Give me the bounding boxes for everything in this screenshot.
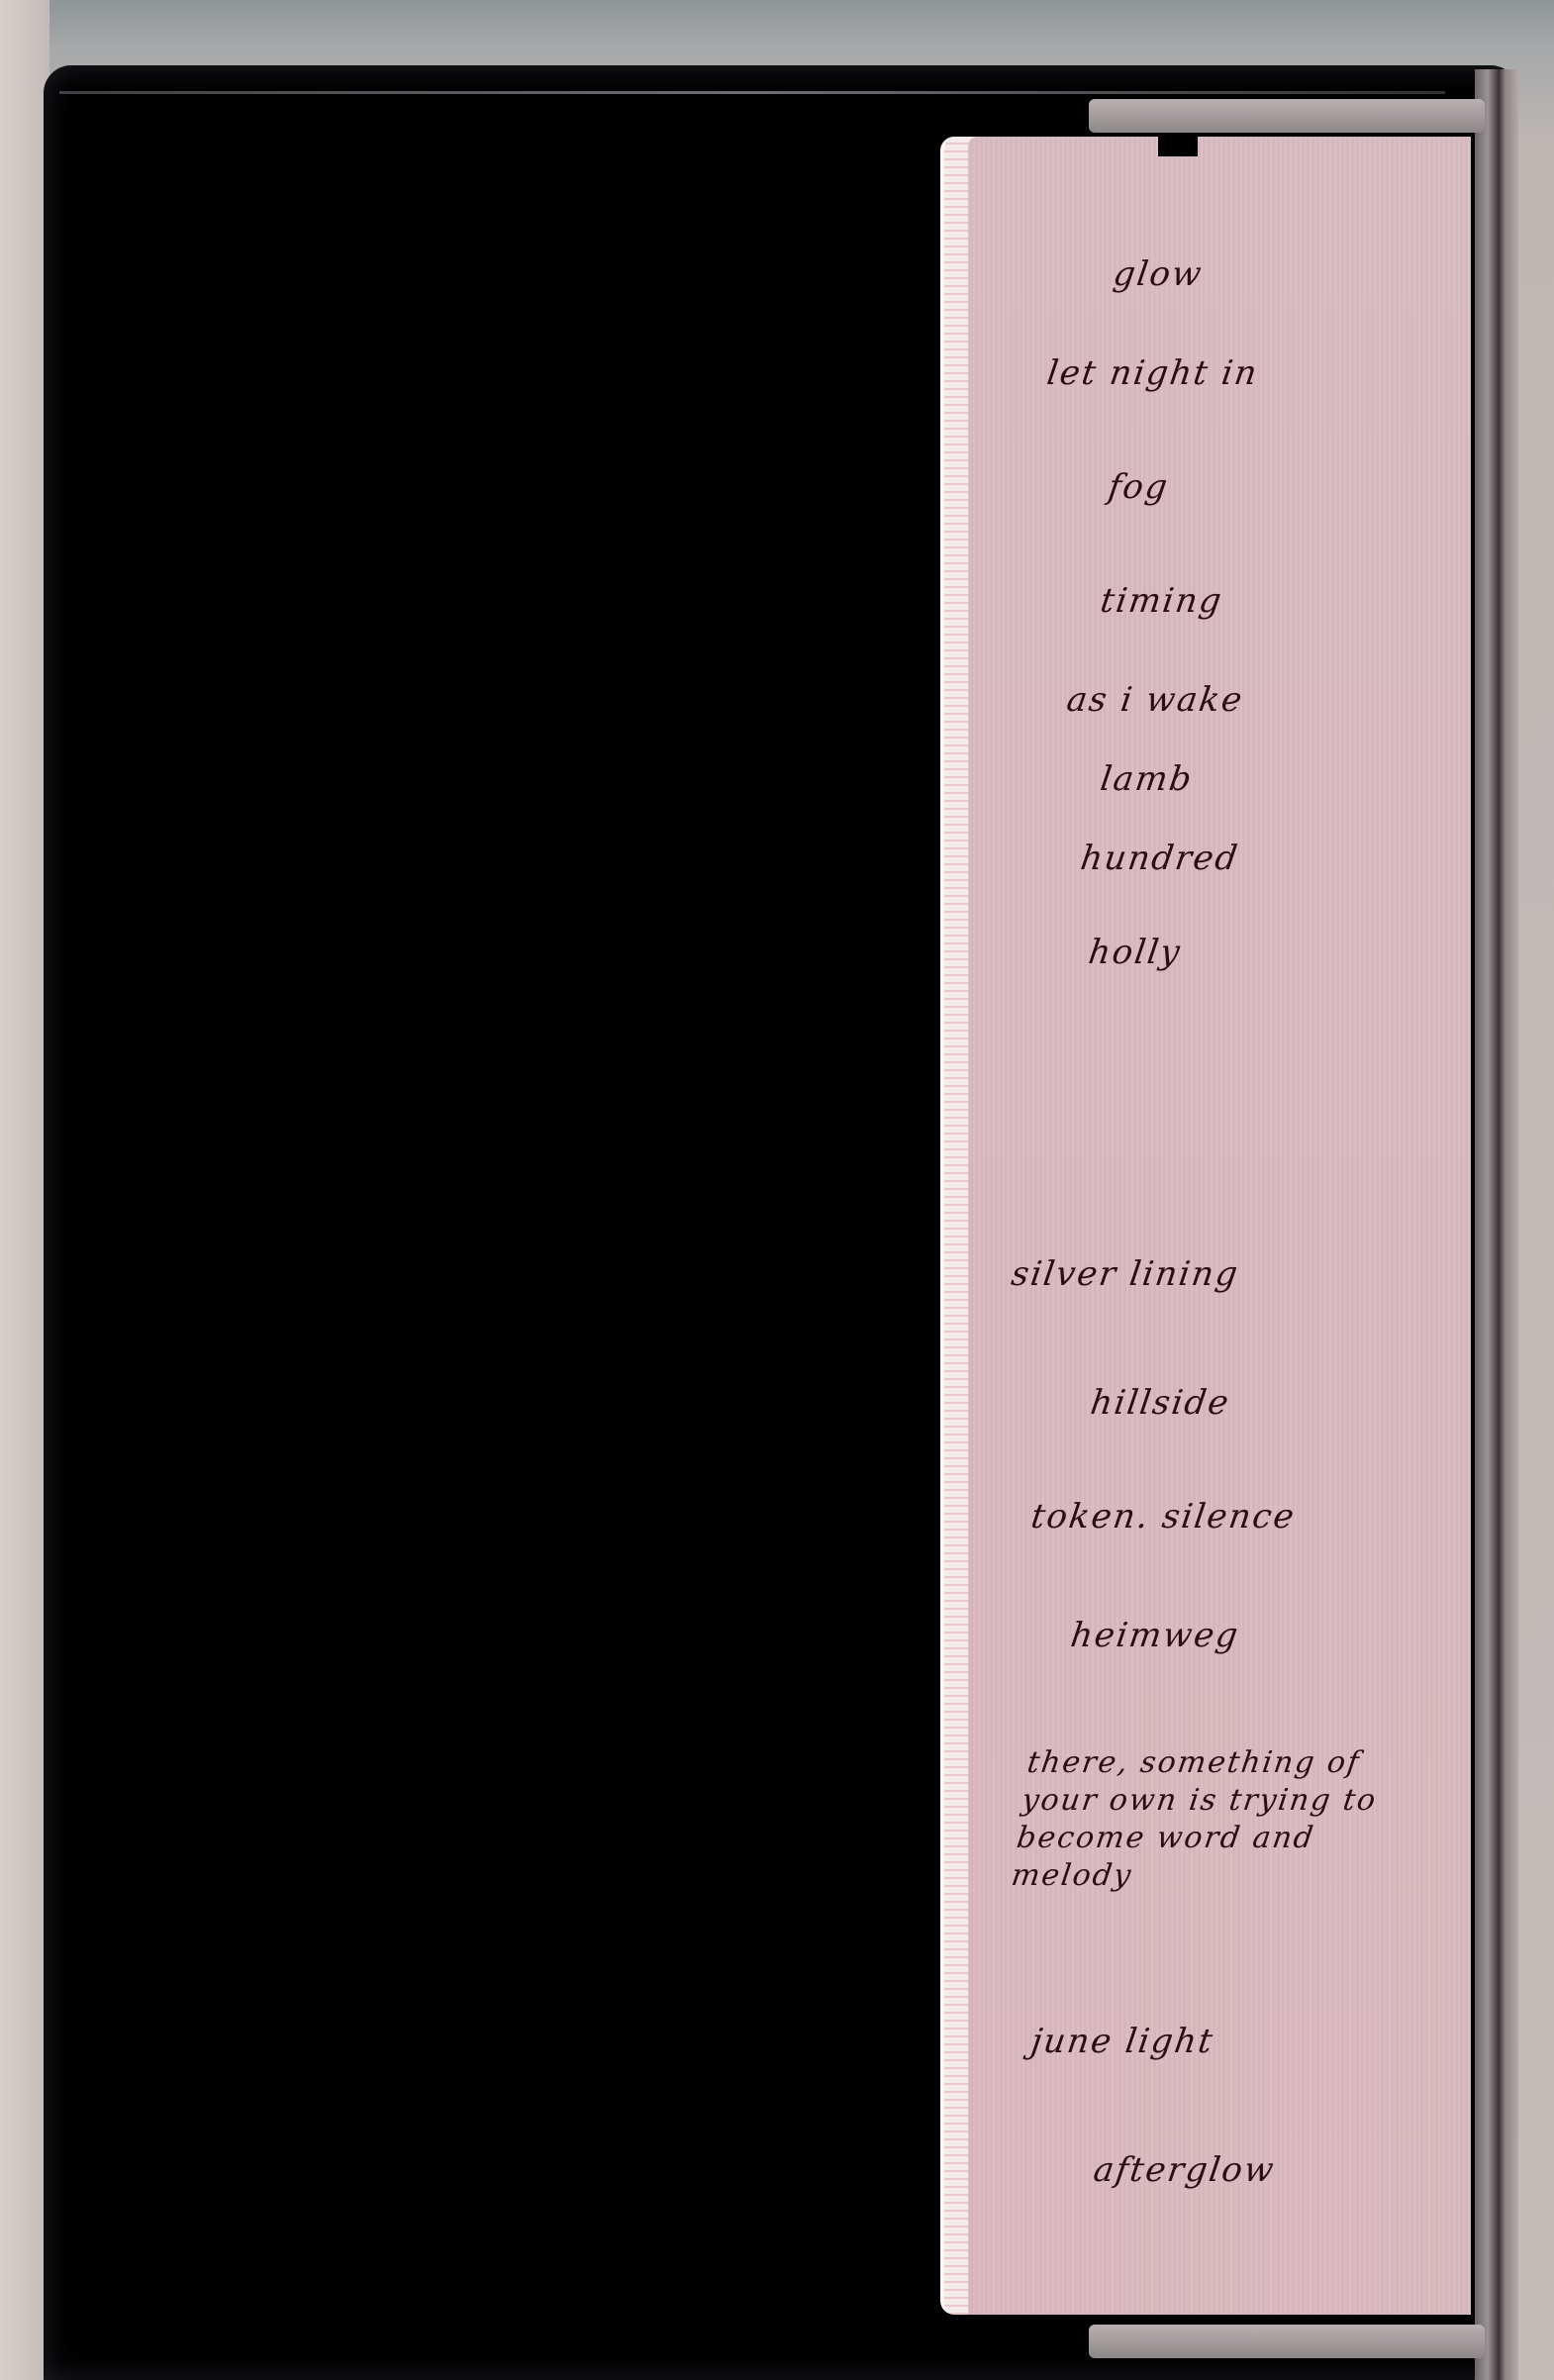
track-1: glow [1111, 252, 1206, 296]
track-2: let night in [1044, 351, 1261, 395]
jcard-notch [1158, 137, 1198, 156]
track-11: token. silence [1028, 1495, 1299, 1538]
track-3: fog [1106, 465, 1172, 509]
case-hinge-rail [1475, 69, 1518, 2380]
case-top-glint [59, 91, 1445, 94]
case-clip-top [1089, 99, 1485, 133]
track-15: afterglow [1091, 2148, 1278, 2192]
track-12: heimweg [1068, 1614, 1242, 1657]
jcard-spine [968, 137, 1471, 2315]
track-13: there, something of your own is trying t… [1009, 1744, 1425, 1895]
case-clip-bottom [1089, 2325, 1485, 2358]
track-14: june light [1028, 2020, 1217, 2063]
track-8: holly [1086, 931, 1185, 974]
track-5: as i wake [1064, 678, 1246, 722]
track-7: hundred [1078, 837, 1242, 880]
track-9: silver lining [1009, 1252, 1242, 1296]
track-6: lamb [1098, 757, 1196, 801]
track-4: timing [1098, 579, 1226, 623]
frame-left-edge [0, 0, 49, 2380]
track-10: hillside [1088, 1381, 1233, 1425]
